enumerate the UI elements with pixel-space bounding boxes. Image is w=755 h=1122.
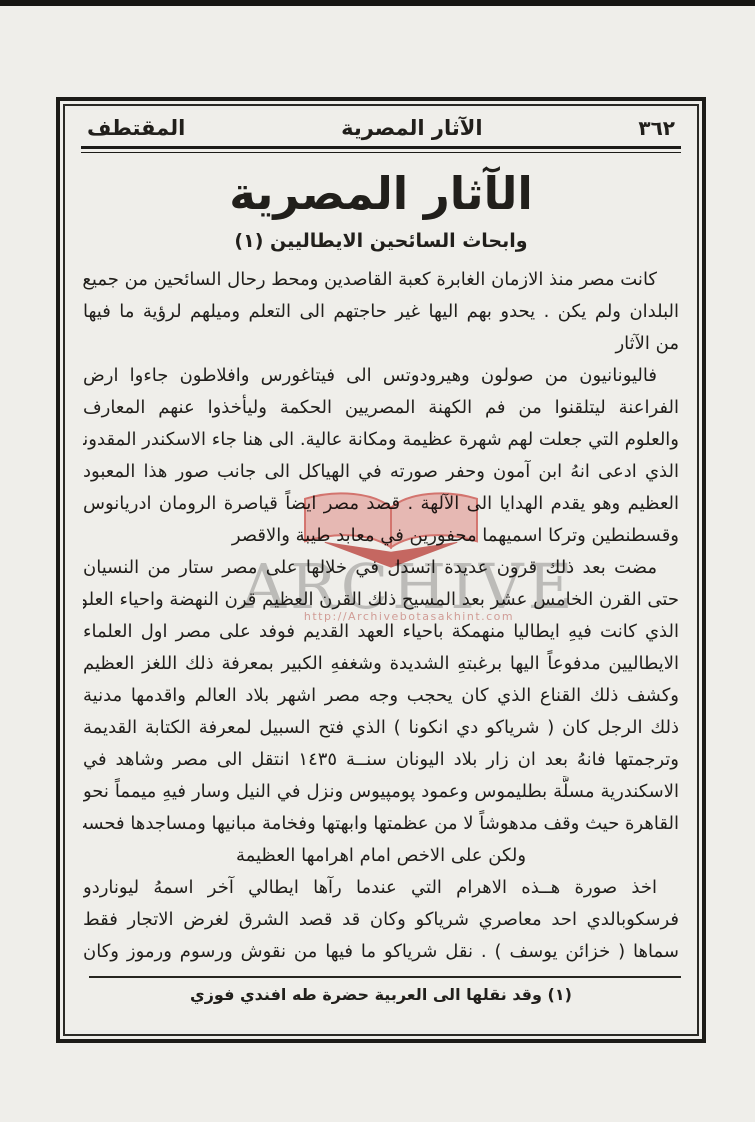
text-line: الذي كانت فيهِ ايطاليا منهمكة باحياء الع… (83, 616, 679, 648)
running-header: ٣٦٢ الآثار المصرية المقتطف (79, 112, 683, 146)
text-line: وقسطنطين وتركا اسميهما محفورين في معابد … (83, 520, 679, 552)
page-inner-frame: ٣٦٢ الآثار المصرية المقتطف الآثار المصري… (63, 104, 699, 1036)
text-line: الفراعنة ليتلقنوا من فم الكهنة المصريين … (83, 392, 679, 424)
text-line: اخذ صورة هــذه الاهرام التي عندما رآها ا… (83, 872, 679, 904)
article-subtitle: وابحاث السائحين الايطاليين (١) (79, 230, 683, 252)
article-body: كانت مصر منذ الازمان الغابرة كعبة القاصد… (79, 264, 683, 968)
text-line: القاهرة حيث وقف مدهوشاً لا من عظمتها واب… (83, 808, 679, 840)
text-line: ذلك الرجل كان ( شرياكو دي انكونا ) الذي … (83, 712, 679, 744)
page-number: ٣٦٢ (638, 116, 675, 140)
header-divider-rule (81, 146, 681, 153)
scan-edge-strip (0, 0, 755, 6)
article-title: الآثار المصرية (79, 167, 683, 220)
text-line: البلدان ولم يكن . يحدو بهم اليها غير حاج… (83, 296, 679, 328)
text-line: فاليونانيون من صولون وهيرودوتس الى فيتاغ… (83, 360, 679, 392)
paragraph: فاليونانيون من صولون وهيرودوتس الى فيتاغ… (83, 360, 679, 552)
text-line: كانت مصر منذ الازمان الغابرة كعبة القاصد… (83, 264, 679, 296)
page-border-frame: ٣٦٢ الآثار المصرية المقتطف الآثار المصري… (56, 97, 706, 1043)
paragraph: اخذ صورة هــذه الاهرام التي عندما رآها ا… (83, 872, 679, 968)
text-line: فرسكوبالدي احد معاصري شرياكو وكان قد قصد… (83, 904, 679, 936)
paragraph: مضت بعد ذلك قرون عديدة انسدل في خلالها ع… (83, 552, 679, 872)
text-line: من الآثار (83, 328, 679, 360)
text-line: والعلوم التي جعلت لهم شهرة عظيمة ومكانة … (83, 424, 679, 456)
text-line: وترجمتها فانهُ بعد ان زار بلاد اليونان س… (83, 744, 679, 776)
running-header-title: الآثار المصرية (341, 116, 483, 140)
text-line: ولكن على الاخص امام اهرامها العظيمة (83, 840, 679, 872)
text-line: العظيم وهو يقدم الهدايا الى الآلهة . قصد… (83, 488, 679, 520)
journal-name: المقتطف (87, 116, 185, 140)
footnote: (١) وقد نقلها الى العربية حضرة طه افندي … (79, 978, 683, 1004)
text-line: الذي ادعى انهُ ابن آمون وحفر صورته في ال… (83, 456, 679, 488)
text-line: وكشف ذلك القناع الذي كان يحجب وجه مصر اش… (83, 680, 679, 712)
text-line: مضت بعد ذلك قرون عديدة انسدل في خلالها ع… (83, 552, 679, 584)
paragraph: كانت مصر منذ الازمان الغابرة كعبة القاصد… (83, 264, 679, 360)
text-line: حتى القرن الخامس عشر بعد المسيح ذلك القر… (83, 584, 679, 616)
text-line: الايطاليين مدفوعاً اليها برغبتهِ الشديدة… (83, 648, 679, 680)
scanned-journal-page: { "header": { "page_number": "٣٦٢", "sec… (0, 0, 755, 1122)
text-line: الاسكندرية مسلَّة بطليموس وعمود پومپيوس … (83, 776, 679, 808)
text-line: سماها ( خزائن يوسف ) . نقل شرياكو ما فيه… (83, 936, 679, 968)
